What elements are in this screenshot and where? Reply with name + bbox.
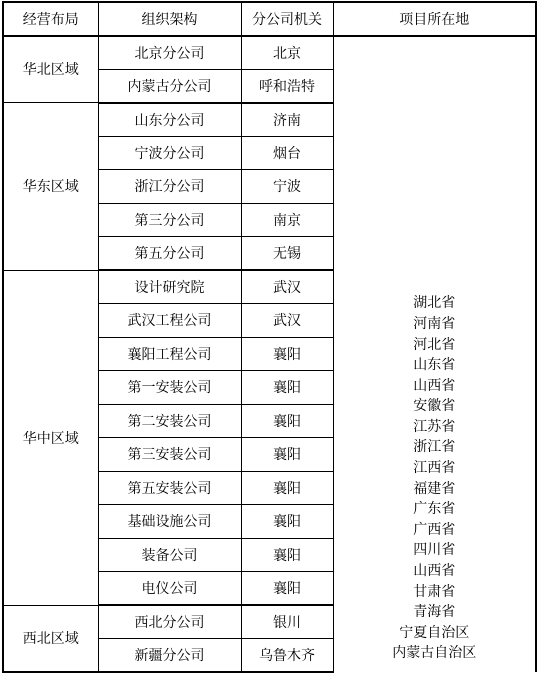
province-line: 江苏省	[334, 418, 536, 439]
company-cell: 第二安装公司	[98, 404, 241, 438]
province-line: 山东省	[334, 356, 536, 377]
company-cell: 宁波分公司	[98, 136, 241, 170]
province-line: 安徽省	[334, 397, 536, 418]
company-cell: 襄阳工程公司	[98, 337, 241, 371]
province-line: 江西省	[334, 459, 536, 480]
company-cell: 设计研究院	[98, 270, 241, 304]
company-cell: 基础设施公司	[98, 505, 241, 539]
city-cell: 乌鲁木齐	[241, 639, 333, 673]
city-cell: 襄阳	[241, 337, 333, 371]
city-cell: 北京	[241, 36, 333, 70]
company-cell: 第五分公司	[98, 237, 241, 271]
province-line: 宁夏自治区	[334, 624, 536, 645]
company-cell: 武汉工程公司	[98, 304, 241, 338]
header-row: 经营布局 组织架构 分公司机关 项目所在地	[3, 2, 536, 36]
city-cell: 襄阳	[241, 471, 333, 505]
header-org-structure: 组织架构	[98, 2, 241, 36]
company-cell: 装备公司	[98, 538, 241, 572]
company-cell: 新疆分公司	[98, 639, 241, 673]
city-cell: 银川	[241, 605, 333, 639]
province-line: 山西省	[334, 377, 536, 398]
city-cell: 襄阳	[241, 538, 333, 572]
company-cell: 北京分公司	[98, 36, 241, 70]
city-cell: 呼和浩特	[241, 69, 333, 103]
city-cell: 襄阳	[241, 371, 333, 405]
company-cell: 第三安装公司	[98, 438, 241, 472]
company-cell: 第五安装公司	[98, 471, 241, 505]
company-cell: 山东分公司	[98, 103, 241, 137]
city-cell: 襄阳	[241, 505, 333, 539]
province-line: 浙江省	[334, 438, 536, 459]
province-line: 广西省	[334, 521, 536, 542]
region-cell-east: 华东区域	[3, 103, 98, 271]
company-cell: 西北分公司	[98, 605, 241, 639]
header-branch-office: 分公司机关	[241, 2, 333, 36]
province-line: 青海省	[334, 603, 536, 624]
project-locations-cell: 湖北省 河南省 河北省 山东省 山西省 安徽省 江苏省 浙江省 江西省 福建省 …	[333, 36, 536, 673]
province-line: 河北省	[334, 336, 536, 357]
province-line: 广东省	[334, 500, 536, 521]
table-row: 华北区域 北京分公司 北京 湖北省 河南省 河北省 山东省 山西省 安徽省 江苏…	[3, 36, 536, 70]
region-cell-central: 华中区域	[3, 270, 98, 605]
city-cell: 襄阳	[241, 438, 333, 472]
company-cell: 电仪公司	[98, 572, 241, 606]
header-business-layout: 经营布局	[3, 2, 98, 36]
company-cell: 浙江分公司	[98, 170, 241, 204]
header-project-location: 项目所在地	[333, 2, 536, 36]
region-cell-north: 华北区域	[3, 36, 98, 103]
city-cell: 南京	[241, 203, 333, 237]
province-line: 湖北省	[334, 294, 536, 315]
province-line: 甘肃省	[334, 583, 536, 604]
city-cell: 济南	[241, 103, 333, 137]
company-cell: 内蒙古分公司	[98, 69, 241, 103]
province-line: 河南省	[334, 315, 536, 336]
city-cell: 烟台	[241, 136, 333, 170]
province-line: 四川省	[334, 541, 536, 562]
city-cell: 襄阳	[241, 572, 333, 606]
city-cell: 武汉	[241, 304, 333, 338]
city-cell: 无锡	[241, 237, 333, 271]
org-structure-table: 经营布局 组织架构 分公司机关 项目所在地 华北区域 北京分公司 北京 湖北省 …	[2, 1, 537, 673]
company-cell: 第三分公司	[98, 203, 241, 237]
province-line: 山西省	[334, 562, 536, 583]
region-cell-northwest: 西北区域	[3, 605, 98, 672]
city-cell: 武汉	[241, 270, 333, 304]
company-cell: 第一安装公司	[98, 371, 241, 405]
province-line: 内蒙古自治区	[334, 644, 536, 665]
province-line: 福建省	[334, 480, 536, 501]
city-cell: 宁波	[241, 170, 333, 204]
city-cell: 襄阳	[241, 404, 333, 438]
